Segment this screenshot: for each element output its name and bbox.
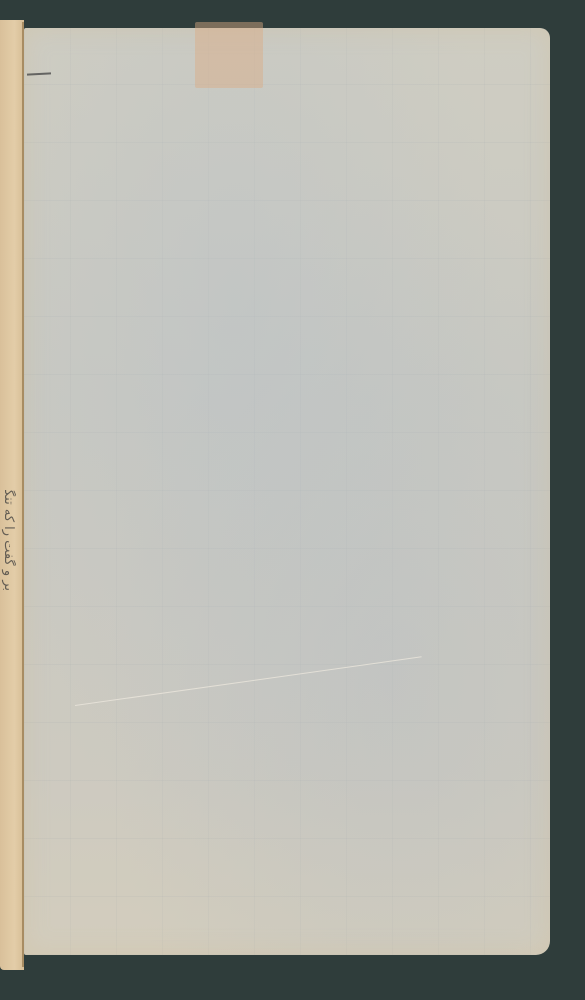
blank-manuscript-page (24, 28, 550, 955)
seal-stamp-mark (195, 22, 263, 88)
facing-page: ﺑﺮ ﻭ ﮔﻔﺖ ﺭﺍ ﮐﻪ ﺗﻨﮕ (0, 20, 24, 970)
facing-page-script: ﺑﺮ ﻭ ﮔﻔﺖ ﺭﺍ ﮐﻪ ﺗﻨﮕ (0, 490, 16, 750)
